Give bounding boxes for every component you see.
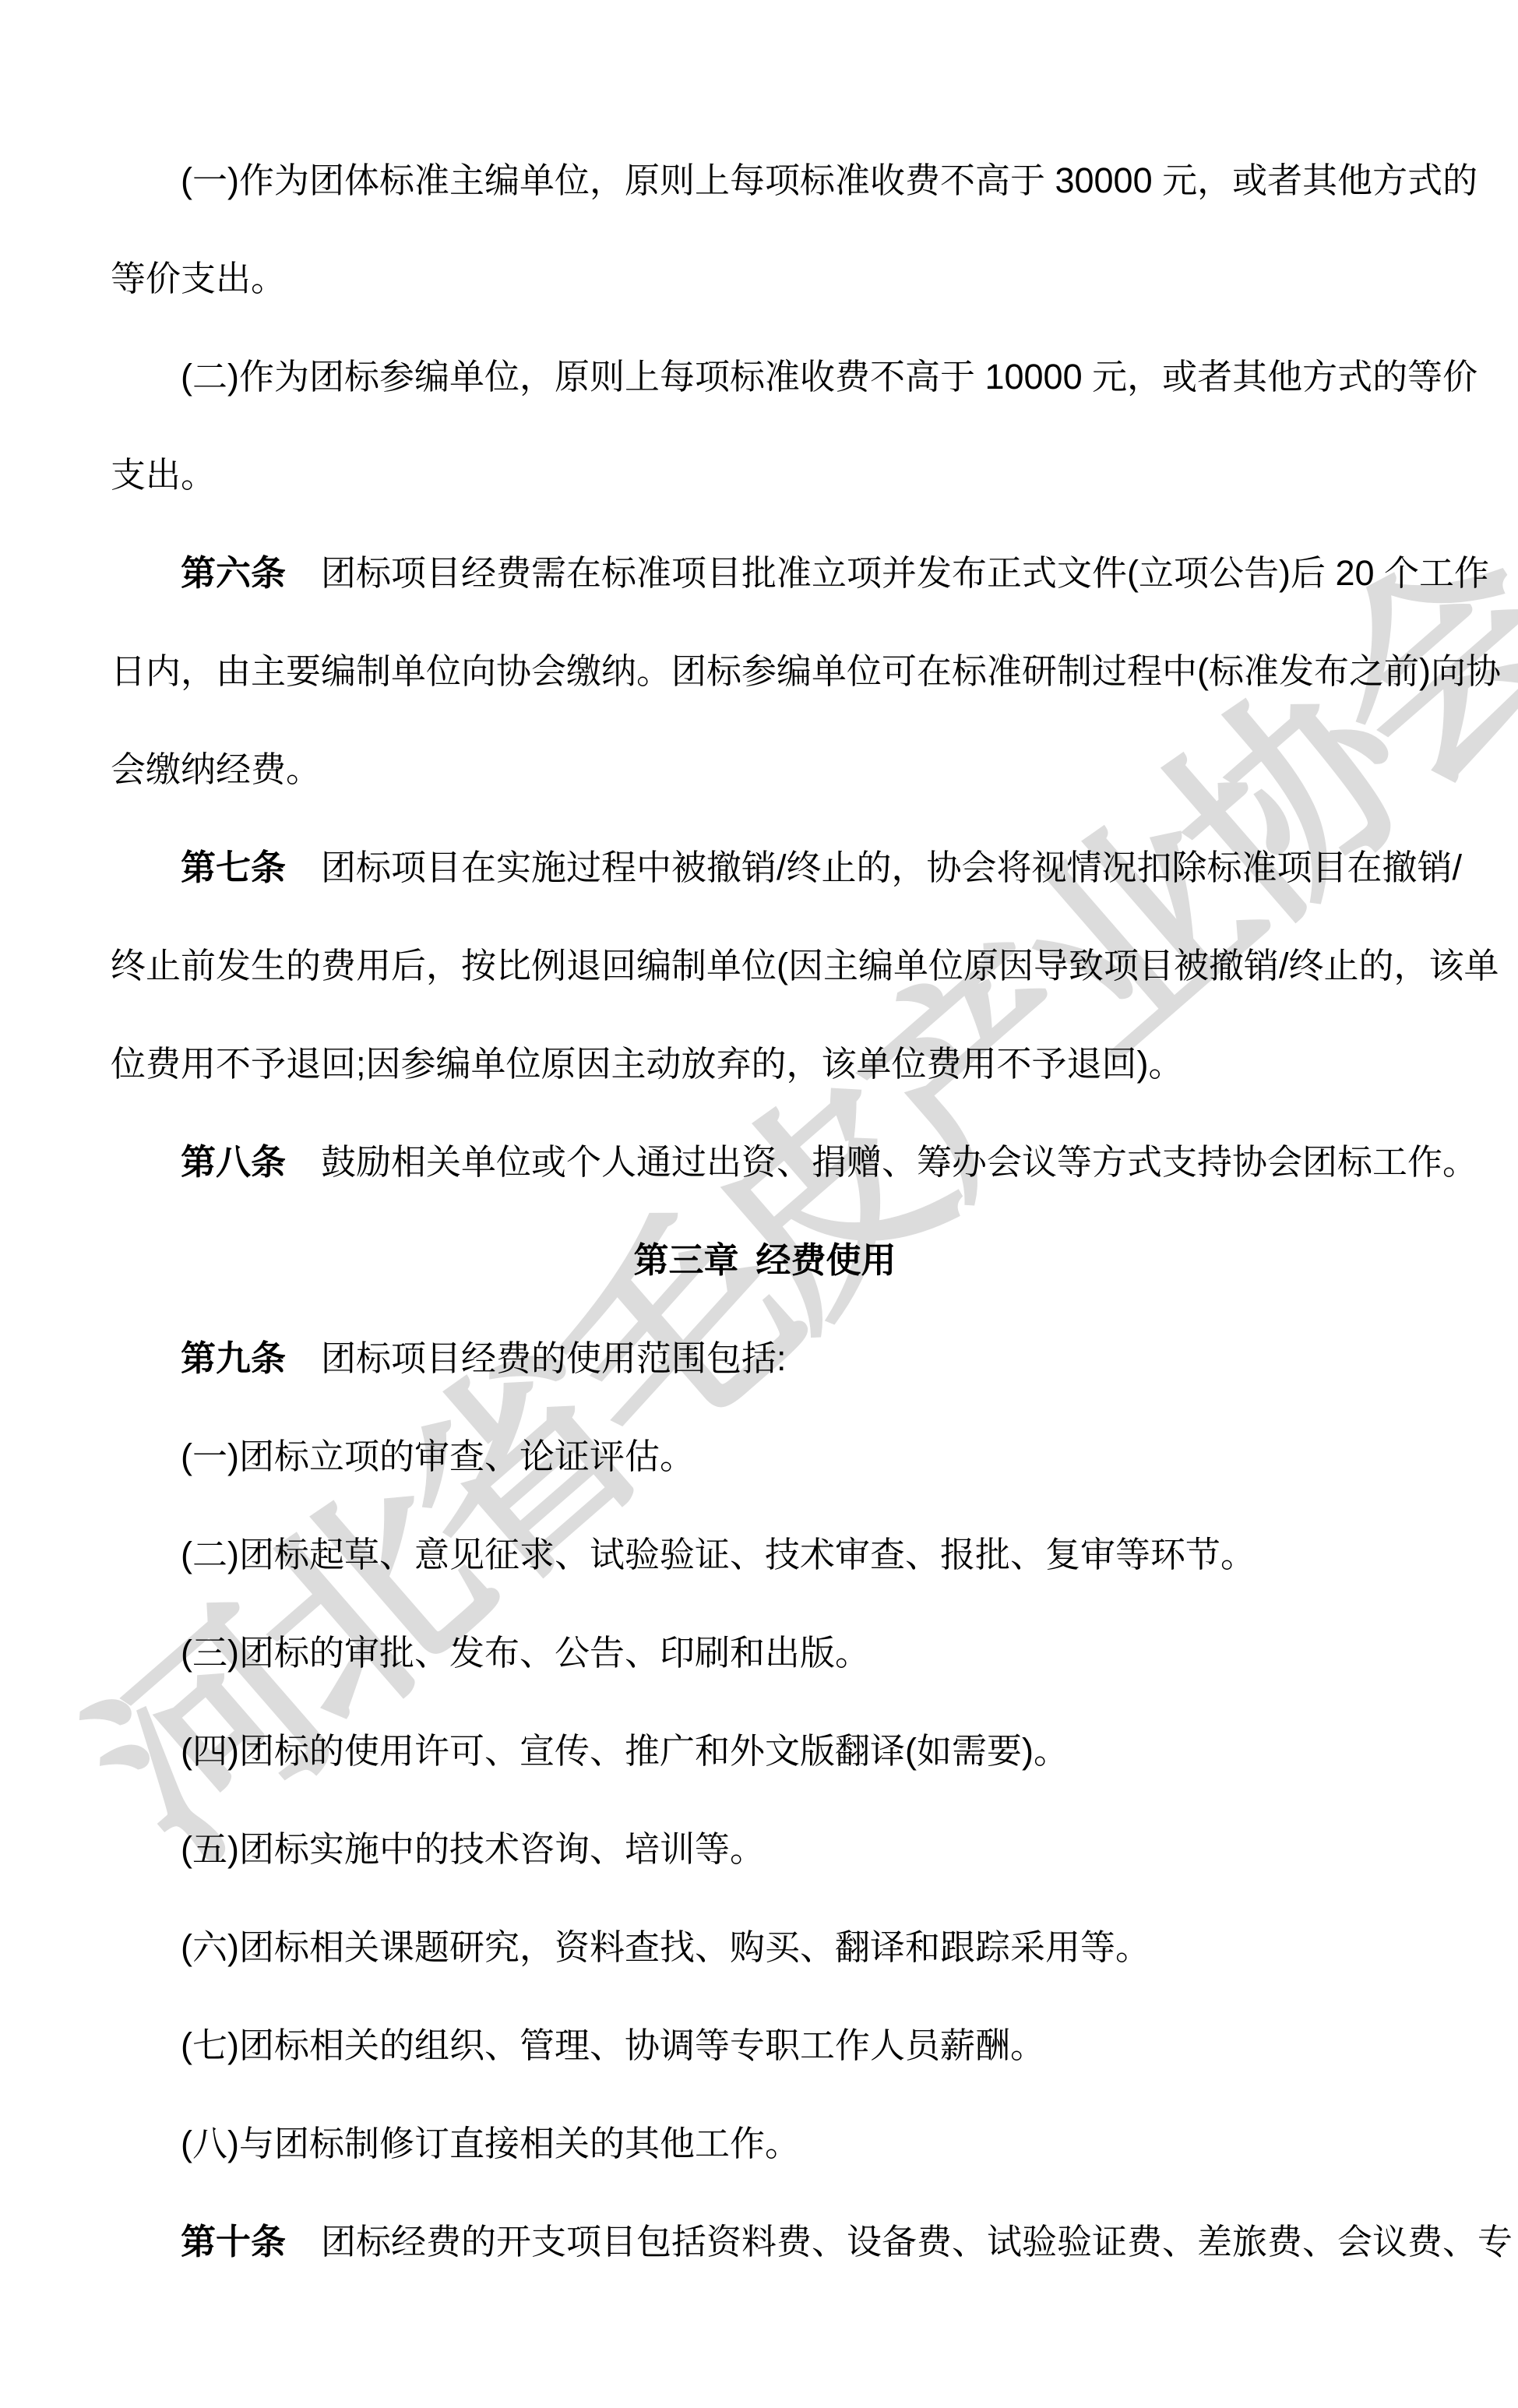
list-item: (四)团标的使用许可、宣传、推广和外文版翻译(如需要)。 (111, 1702, 1419, 1800)
paragraph-line-article-9: 第九条团标项目经费的使用范围包括: (111, 1310, 1419, 1408)
paragraph-line-article-7: 第七条团标项目在实施过程中被撤销/终止的，协会将视情况扣除标准项目在撤销/ (111, 819, 1419, 917)
line-text: 鼓励相关单位或个人通过出资、捐赠、筹办会议等方式支持协会团标工作。 (321, 1142, 1477, 1182)
line-text: (四)团标的使用许可、宣传、推广和外文版翻译(如需要)。 (181, 1731, 1069, 1771)
paragraph-line: 终止前发生的费用后，按比例退回编制单位(因主编单位原因导致项目被撤销/终止的，该… (111, 917, 1419, 1015)
article-label: 第八条 (181, 1142, 286, 1182)
article-label: 第十条 (181, 2222, 286, 2262)
article-label: 第九条 (181, 1338, 286, 1378)
list-item: (五)团标实施中的技术咨询、培训等。 (111, 1800, 1419, 1899)
line-text: (六)团标相关课题研究，资料查找、购买、翻译和跟踪采用等。 (181, 1927, 1150, 1967)
line-text: 团标项目在实施过程中被撤销/终止的，协会将视情况扣除标准项目在撤销/ (321, 848, 1462, 887)
list-item: (六)团标相关课题研究，资料查找、购买、翻译和跟踪采用等。 (111, 1899, 1419, 1997)
line-text: 团标经费的开支项目包括资料费、设备费、试验验证费、差旅费、会议费、专 (321, 2222, 1513, 2262)
paragraph-line-article-6: 第六条团标项目经费需在标准项目批准立项并发布正式文件(立项公告)后 20 个工作 (111, 524, 1419, 622)
line-text: (八)与团标制修订直接相关的其他工作。 (181, 2124, 800, 2163)
line-text: 日内，由主要编制单位向协会缴纳。团标参编单位可在标准研制过程中(标准发布之前)向… (111, 651, 1501, 691)
article-label: 第六条 (181, 553, 286, 593)
line-text: (二)团标起草、意见征求、试验验证、技术审查、报批、复审等环节。 (181, 1535, 1256, 1574)
list-item: (八)与团标制修订直接相关的其他工作。 (111, 2095, 1419, 2193)
paragraph-line: 支出。 (111, 426, 1419, 524)
line-text: 团标项目经费需在标准项目批准立项并发布正式文件(立项公告)后 20 个工作 (321, 553, 1489, 593)
line-text: 会缴纳经费。 (111, 749, 321, 789)
paragraph-line: 会缴纳经费。 (111, 721, 1419, 819)
line-text: (二)作为团标参编单位，原则上每项标准收费不高于 10000 元，或者其他方式的… (181, 357, 1477, 397)
paragraph-line: (二)作为团标参编单位，原则上每项标准收费不高于 10000 元，或者其他方式的… (111, 328, 1419, 426)
document-page: 河北省毛皮产业协会 (一)作为团体标准主编单位，原则上每项标准收费不高于 300… (0, 0, 1518, 2408)
line-text: 支出。 (111, 455, 216, 495)
line-text: (七)团标相关的组织、管理、协调等专职工作人员薪酬。 (181, 2025, 1045, 2065)
paragraph-line-article-10: 第十条团标经费的开支项目包括资料费、设备费、试验验证费、差旅费、会议费、专 (111, 2193, 1419, 2291)
line-text: 等价支出。 (111, 259, 286, 298)
line-text: 团标项目经费的使用范围包括: (321, 1338, 787, 1378)
line-text: (一)团标立项的审查、论证评估。 (181, 1437, 695, 1476)
list-item: (二)团标起草、意见征求、试验验证、技术审查、报批、复审等环节。 (111, 1506, 1419, 1604)
list-item: (三)团标的审批、发布、公告、印刷和出版。 (111, 1604, 1419, 1702)
list-item: (七)团标相关的组织、管理、协调等专职工作人员薪酬。 (111, 1997, 1419, 2095)
line-text: (五)团标实施中的技术咨询、培训等。 (181, 1829, 765, 1869)
document-body: (一)作为团体标准主编单位，原则上每项标准收费不高于 30000 元，或者其他方… (111, 132, 1419, 2291)
paragraph-line: 等价支出。 (111, 230, 1419, 328)
paragraph-line: 日内，由主要编制单位向协会缴纳。团标参编单位可在标准研制过程中(标准发布之前)向… (111, 622, 1419, 721)
line-text: 终止前发生的费用后，按比例退回编制单位(因主编单位原因导致项目被撤销/终止的，该… (111, 946, 1499, 985)
chapter-heading: 第三章经费使用 (111, 1211, 1419, 1310)
paragraph-line: (一)作为团体标准主编单位，原则上每项标准收费不高于 30000 元，或者其他方… (111, 132, 1419, 230)
paragraph-line-article-8: 第八条鼓励相关单位或个人通过出资、捐赠、筹办会议等方式支持协会团标工作。 (111, 1113, 1419, 1211)
chapter-title: 经费使用 (756, 1240, 896, 1280)
line-text: 位费用不予退回;因参编单位原因主动放弃的，该单位费用不予退回)。 (111, 1044, 1184, 1084)
line-text: (一)作为团体标准主编单位，原则上每项标准收费不高于 30000 元，或者其他方… (181, 160, 1477, 200)
list-item: (一)团标立项的审查、论证评估。 (111, 1408, 1419, 1506)
article-label: 第七条 (181, 848, 286, 887)
chapter-number: 第三章 (633, 1240, 738, 1280)
paragraph-line: 位费用不予退回;因参编单位原因主动放弃的，该单位费用不予退回)。 (111, 1015, 1419, 1113)
line-text: (三)团标的审批、发布、公告、印刷和出版。 (181, 1633, 870, 1673)
